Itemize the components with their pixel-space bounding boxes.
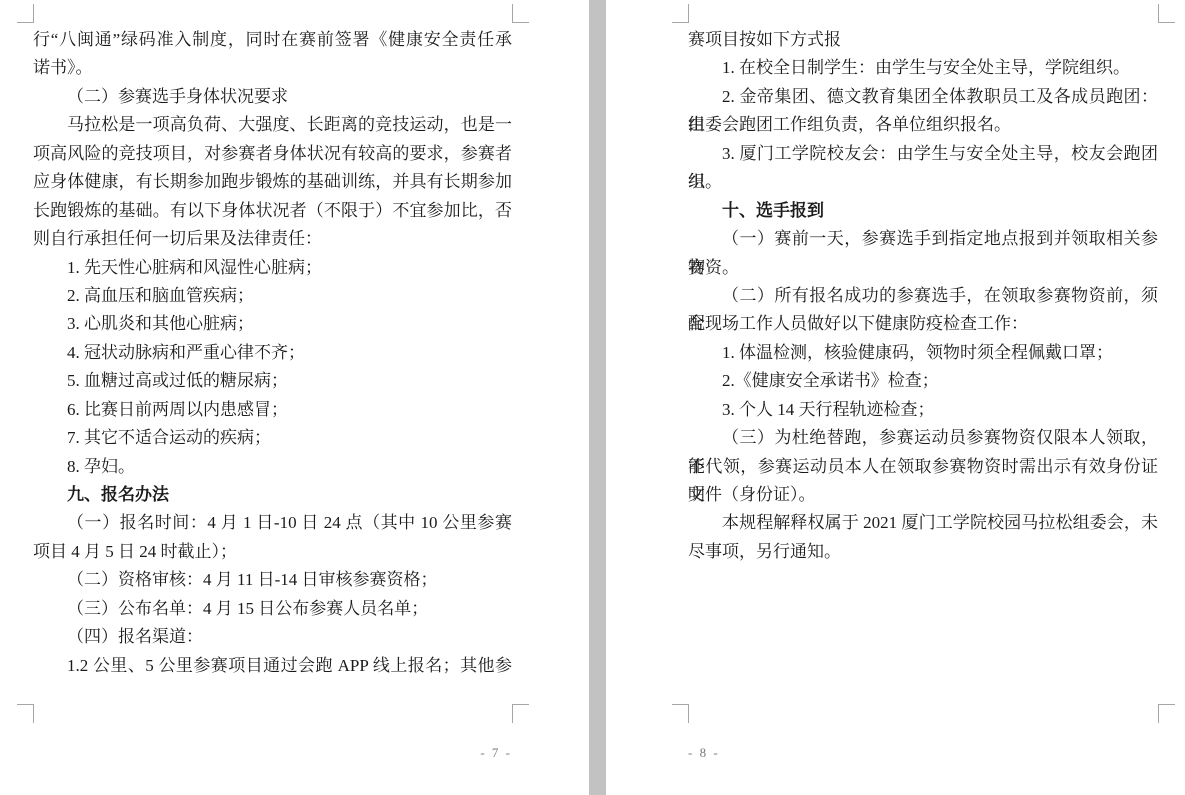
text-line: （四）报名渠道： xyxy=(33,623,512,651)
text-line: 1. 先天性心脏病和风湿性心脏病； xyxy=(33,254,512,282)
margin-crop-mark-bottom-left xyxy=(672,704,689,723)
text-line: 项高风险的竞技项目，对参赛者身体状况有较高的要求，参赛者 xyxy=(33,140,512,168)
text-line: 5. 血糖过高或过低的糖尿病； xyxy=(33,367,512,395)
text-line: 6. 比赛日前两周以内患感冒； xyxy=(33,396,512,424)
text-line: （三）为杜绝替跑，参赛运动员参赛物资仅限本人领取，不 xyxy=(688,424,1158,452)
margin-crop-mark-top-left xyxy=(672,4,689,23)
text-line: 3. 心肌炎和其他心脏病； xyxy=(33,310,512,338)
text-line: 尽事项，另行通知。 xyxy=(688,538,1158,566)
page-8-text-body: 赛项目按如下方式报1. 在校全日制学生：由学生与安全处主导，学院组织。2. 金帝… xyxy=(688,26,1158,566)
text-line: 2.《健康安全承诺书》检查； xyxy=(688,367,1158,395)
text-line: 项目 4 月 5 日 24 时截止）； xyxy=(33,538,512,566)
text-line: 3. 个人 14 天行程轨迹检查； xyxy=(688,396,1158,424)
text-line: 马拉松是一项高负荷、大强度、长距离的竞技运动，也是一 xyxy=(33,111,512,139)
text-line: 组委会跑团工作组负责，各单位组织报名。 xyxy=(688,111,1158,139)
page-number-7: - 7 - xyxy=(33,744,512,762)
document-page-7: 行“八闽通”绿码准入制度，同时在赛前签署《健康安全责任承诺书》。（二）参赛选手身… xyxy=(0,0,589,795)
margin-crop-mark-bottom-left xyxy=(17,704,34,723)
text-line: 文件（身份证）。 xyxy=(688,481,1158,509)
text-line: 2. 金帝集团、德文教育集团全体教职员工及各成员跑团：由 xyxy=(688,83,1158,111)
page-number-8: - 8 - xyxy=(688,744,1158,762)
text-line: 合现场工作人员做好以下健康防疫检查工作： xyxy=(688,310,1158,338)
text-line: （三）公布名单：4 月 15 日公布参赛人员名单； xyxy=(33,595,512,623)
text-line: 应身体健康，有长期参加跑步锻炼的基础训练，并具有长期参加 xyxy=(33,168,512,196)
text-line: 十、选手报到 xyxy=(688,197,1158,225)
text-line: 九、报名办法 xyxy=(33,481,512,509)
text-line: 诺书》。 xyxy=(33,54,512,82)
page-7-text-body: 行“八闽通”绿码准入制度，同时在赛前签署《健康安全责任承诺书》。（二）参赛选手身… xyxy=(33,26,512,680)
margin-crop-mark-top-left xyxy=(17,4,34,23)
text-line: 长跑锻炼的基础。有以下身体状况者（不限于）不宜参加比，否 xyxy=(33,197,512,225)
text-line: 8. 孕妇。 xyxy=(33,453,512,481)
text-line: 本规程解释权属于 2021 厦门工学院校园马拉松组委会，未 xyxy=(688,509,1158,537)
text-line: 4. 冠状动脉病和严重心律不齐； xyxy=(33,339,512,367)
margin-crop-mark-top-right xyxy=(1158,4,1175,23)
margin-crop-mark-top-right xyxy=(512,4,529,23)
margin-crop-mark-bottom-right xyxy=(1158,704,1175,723)
text-line: （二）参赛选手身体状况要求 xyxy=(33,83,512,111)
text-line: 3. 厦门工学院校友会：由学生与安全处主导，校友会跑团组 xyxy=(688,140,1158,168)
document-view: 行“八闽通”绿码准入制度，同时在赛前签署《健康安全责任承诺书》。（二）参赛选手身… xyxy=(0,0,1185,795)
text-line: 2. 高血压和脑血管疾病； xyxy=(33,282,512,310)
text-line: 行“八闽通”绿码准入制度，同时在赛前签署《健康安全责任承 xyxy=(33,26,512,54)
text-line: 1.2 公里、5 公里参赛项目通过会跑 APP 线上报名；其他参 xyxy=(33,652,512,680)
text-line: 能代领，参赛运动员本人在领取参赛物资时需出示有效身份证明 xyxy=(688,453,1158,481)
text-line: 物资。 xyxy=(688,254,1158,282)
text-line: 则自行承担任何一切后果及法律责任： xyxy=(33,225,512,253)
text-line: 7. 其它不适合运动的疾病； xyxy=(33,424,512,452)
text-line: （二）资格审核：4 月 11 日-14 日审核参赛资格； xyxy=(33,566,512,594)
text-line: （一）报名时间：4 月 1 日-10 日 24 点（其中 10 公里参赛 xyxy=(33,509,512,537)
page-gap xyxy=(589,0,606,795)
text-line: 织。 xyxy=(688,168,1158,196)
text-line: 赛项目按如下方式报 xyxy=(688,26,1158,54)
text-line: （一）赛前一天，参赛选手到指定地点报到并领取相关参赛 xyxy=(688,225,1158,253)
text-line: 1. 体温检测，核验健康码，领物时须全程佩戴口罩； xyxy=(688,339,1158,367)
document-page-8: 赛项目按如下方式报1. 在校全日制学生：由学生与安全处主导，学院组织。2. 金帝… xyxy=(606,0,1185,795)
text-line: 1. 在校全日制学生：由学生与安全处主导，学院组织。 xyxy=(688,54,1158,82)
margin-crop-mark-bottom-right xyxy=(512,704,529,723)
text-line: （二）所有报名成功的参赛选手，在领取参赛物资前，须配 xyxy=(688,282,1158,310)
